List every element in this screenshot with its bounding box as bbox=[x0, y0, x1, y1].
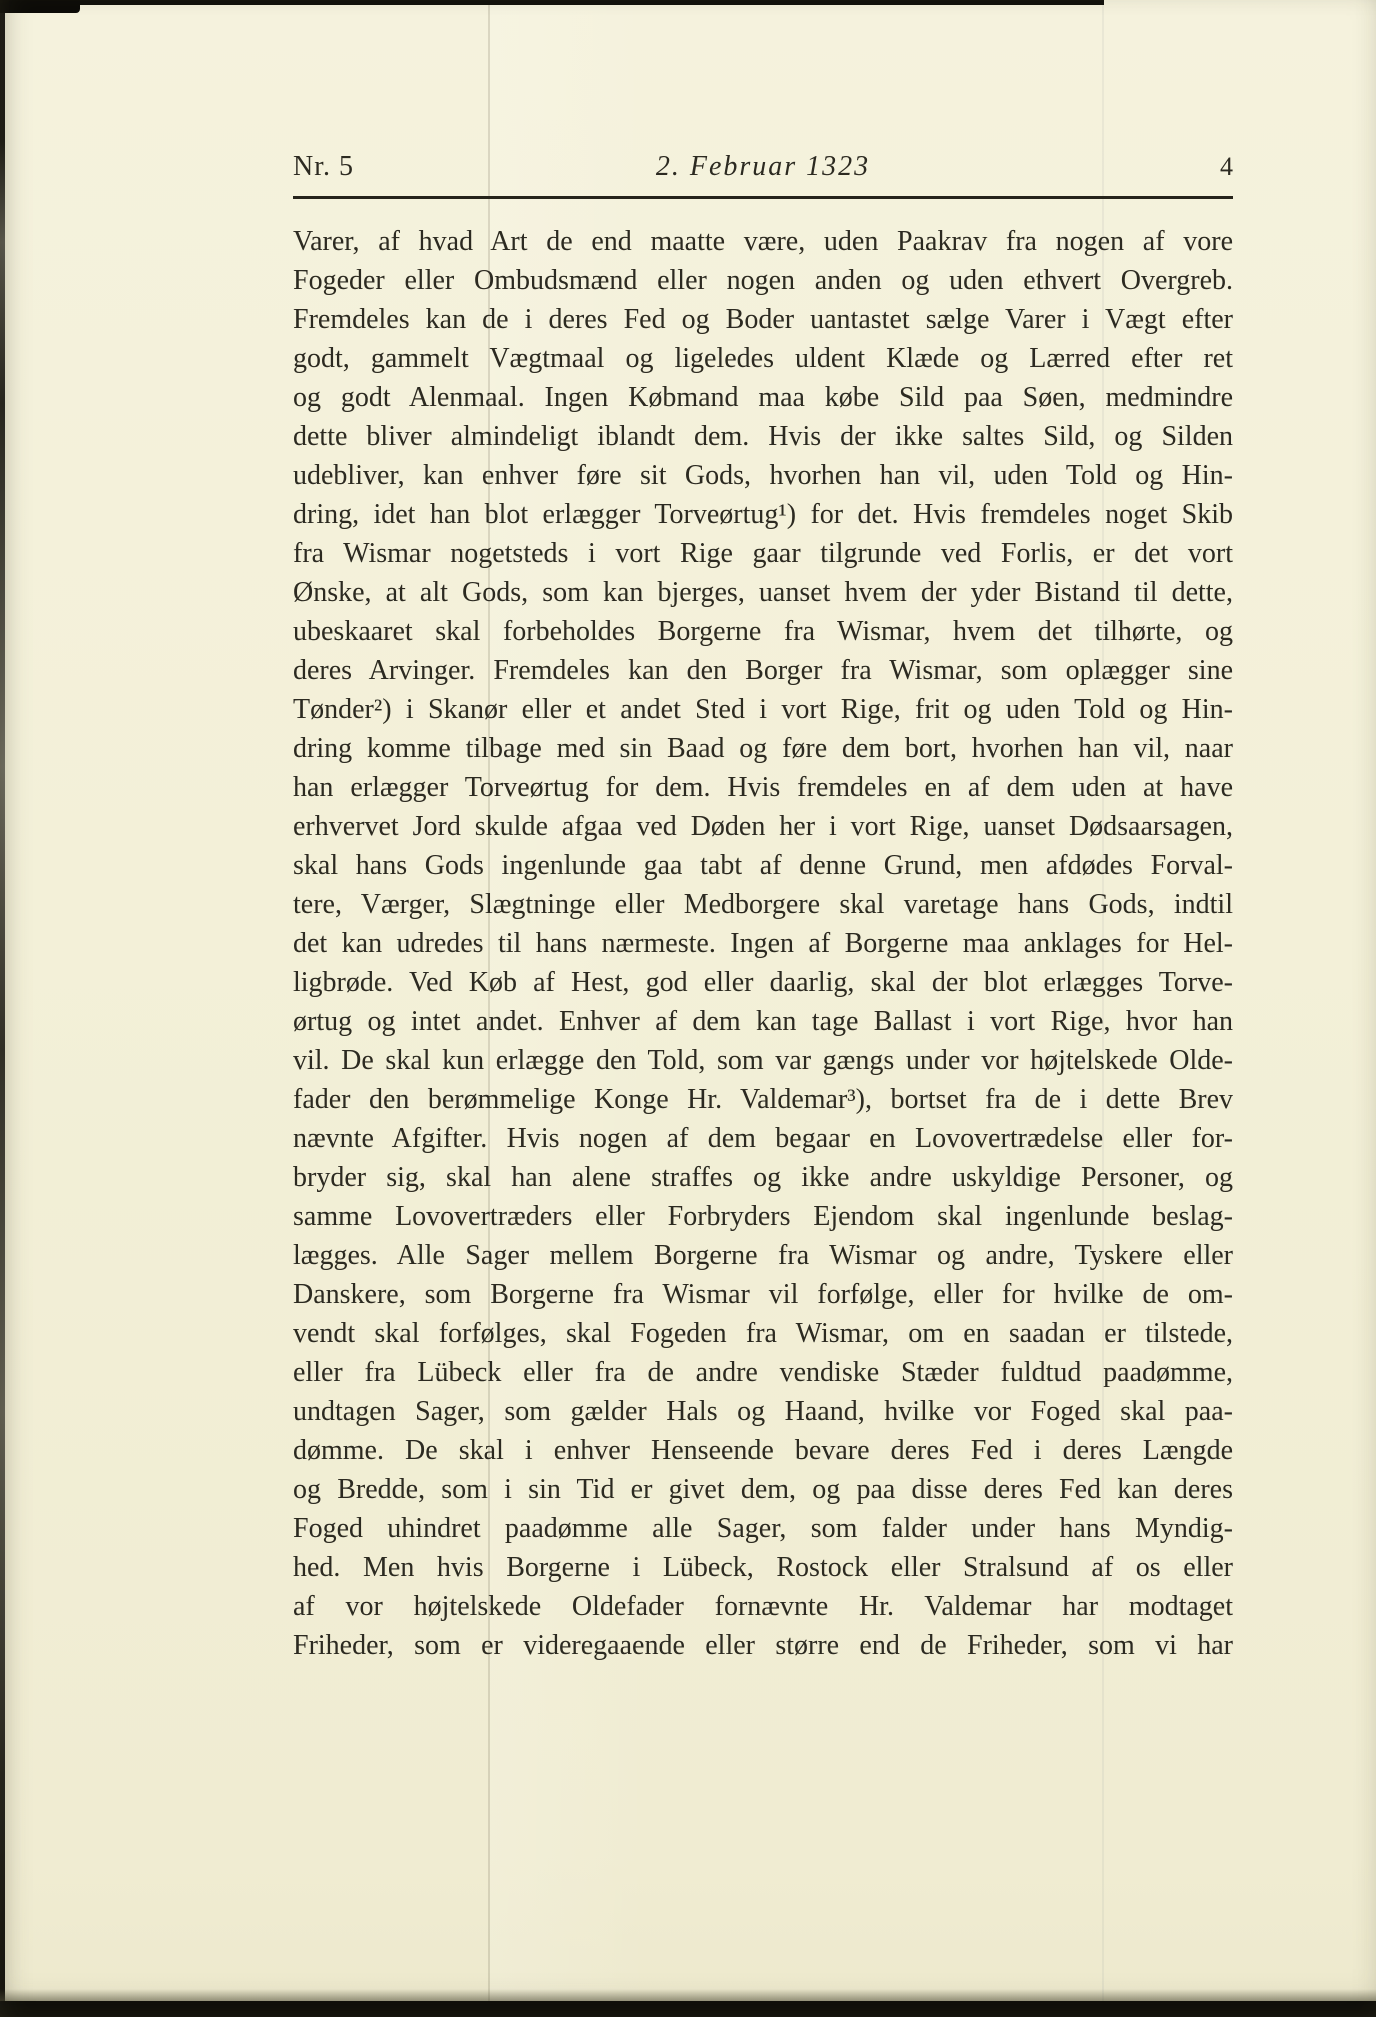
text-line: ubeskaaret skal forbeholdes Borgerne fra… bbox=[293, 612, 1233, 651]
scan-edge-bottom-shadow bbox=[0, 1989, 1376, 2001]
text-line: godt, gammelt Vægtmaal og ligeledes ulde… bbox=[293, 339, 1233, 378]
text-line: og Bredde, som i sin Tid er givet dem, o… bbox=[293, 1470, 1233, 1509]
page-number: 4 bbox=[870, 150, 1233, 184]
text-line: dømme. De skal i enhver Henseende bevare… bbox=[293, 1431, 1233, 1470]
text-line: erhvervet Jord skulde afgaa ved Døden he… bbox=[293, 807, 1233, 846]
text-line: og godt Alenmaal. Ingen Købmand maa købe… bbox=[293, 378, 1233, 417]
text-line: Tønder²) i Skanør eller et andet Sted i … bbox=[293, 690, 1233, 729]
text-line: hed. Men hvis Borgerne i Lübeck, Rostock… bbox=[293, 1548, 1233, 1587]
text-line: Ønske, at alt Gods, som kan bjerges, uan… bbox=[293, 573, 1233, 612]
text-line: det kan udredes til hans nærmeste. Ingen… bbox=[293, 924, 1233, 963]
text-line: ligbrøde. Ved Køb af Hest, god eller daa… bbox=[293, 963, 1233, 1002]
text-line: dring, idet han blot erlægger Torveørtug… bbox=[293, 495, 1233, 534]
text-line: fra Wismar nogetsteds i vort Rige gaar t… bbox=[293, 534, 1233, 573]
scan-corner-top-left bbox=[0, 0, 80, 13]
text-line: af vor højtelskede Oldefader fornævnte H… bbox=[293, 1587, 1233, 1626]
scan-edge-bottom bbox=[0, 2001, 1376, 2017]
text-line: Varer, af hvad Art de end maatte være, u… bbox=[293, 222, 1233, 261]
text-line: fader den berømmelige Konge Hr. Valdemar… bbox=[293, 1080, 1233, 1119]
text-line: lægges. Alle Sager mellem Borgerne fra W… bbox=[293, 1236, 1233, 1275]
document-date: 2. Februar 1323 bbox=[656, 150, 870, 184]
page-header: Nr. 5 2. Februar 1323 4 bbox=[293, 150, 1233, 184]
text-line: Danskere, som Borgerne fra Wismar vil fo… bbox=[293, 1275, 1233, 1314]
text-line: han erlægger Torveørtug for dem. Hvis fr… bbox=[293, 768, 1233, 807]
scanned-book-page: Nr. 5 2. Februar 1323 4 Varer, af hvad A… bbox=[0, 0, 1376, 2017]
text-line: vendt skal forfølges, skal Fogeden fra W… bbox=[293, 1314, 1233, 1353]
text-line: tere, Værger, Slægtninge eller Medborger… bbox=[293, 885, 1233, 924]
text-line: eller fra Lübeck eller fra de andre vend… bbox=[293, 1353, 1233, 1392]
text-line: undtagen Sager, som gælder Hals og Haand… bbox=[293, 1392, 1233, 1431]
text-line: Foged uhindret paadømme alle Sager, som … bbox=[293, 1509, 1233, 1548]
text-line: skal hans Gods ingenlunde gaa tabt af de… bbox=[293, 846, 1233, 885]
text-line: nævnte Afgifter. Hvis nogen af dem begaa… bbox=[293, 1119, 1233, 1158]
text-line: dring komme tilbage med sin Baad og føre… bbox=[293, 729, 1233, 768]
text-line: Friheder, som er videregaaende eller stø… bbox=[293, 1626, 1233, 1665]
text-line: deres Arvinger. Fremdeles kan den Borger… bbox=[293, 651, 1233, 690]
scan-edge-left bbox=[0, 0, 5, 2017]
text-line: samme Lovovertræders eller Forbryders Ej… bbox=[293, 1197, 1233, 1236]
text-line: vil. De skal kun erlægge den Told, som v… bbox=[293, 1041, 1233, 1080]
text-line: Fogeder eller Ombudsmænd eller nogen and… bbox=[293, 261, 1233, 300]
text-line: Fremdeles kan de i deres Fed og Boder ua… bbox=[293, 300, 1233, 339]
scan-edge-top bbox=[0, 0, 1104, 5]
text-line: udebliver, kan enhver føre sit Gods, hvo… bbox=[293, 456, 1233, 495]
document-number: Nr. 5 bbox=[293, 150, 656, 184]
text-line: dette bliver almindeligt iblandt dem. Hv… bbox=[293, 417, 1233, 456]
text-line: bryder sig, skal han alene straffes og i… bbox=[293, 1158, 1233, 1197]
document-body: Varer, af hvad Art de end maatte være, u… bbox=[293, 222, 1233, 1665]
text-line: ørtug og intet andet. Enhver af dem kan … bbox=[293, 1002, 1233, 1041]
page-content: Nr. 5 2. Februar 1323 4 Varer, af hvad A… bbox=[293, 150, 1233, 1665]
header-rule bbox=[293, 196, 1233, 199]
